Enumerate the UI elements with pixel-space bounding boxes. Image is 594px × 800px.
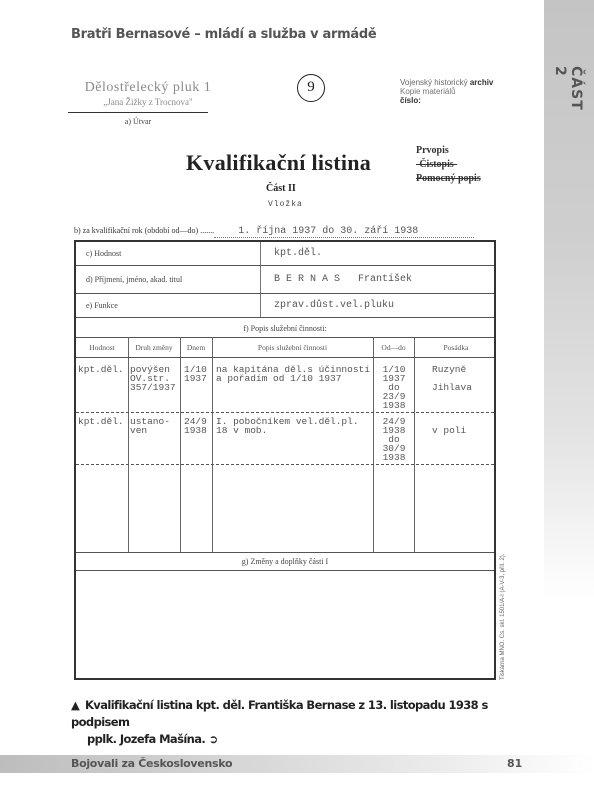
figure-caption: ▲Kvalifikační listina kpt. děl. Františk… bbox=[71, 697, 501, 748]
header-period: Od—do bbox=[373, 343, 414, 352]
unit-stamp-line2: „Jana Žižky z Trocnova" bbox=[68, 97, 228, 107]
header-description: Popis služební činnosti bbox=[212, 343, 373, 352]
unit-stamp: Dělostřelecký pluk 1 „Jana Žižky z Trocn… bbox=[68, 80, 228, 107]
field-rank: c) Hodnost kpt.děl. bbox=[76, 242, 494, 266]
triangle-up-icon: ▲ bbox=[71, 697, 85, 714]
copy-type-auxiliary: Pomocný popis bbox=[416, 172, 481, 186]
archive-line2: Kopie materiálů bbox=[400, 87, 493, 96]
section-f-title: f) Popis služební činnosti: bbox=[76, 324, 494, 333]
unit-underline bbox=[68, 112, 208, 113]
document-part: Část II bbox=[266, 183, 296, 194]
row2-description: I. pobočníkem vel.děl.pl. 18 v mob. bbox=[216, 417, 359, 435]
period-value: 1. října 1937 do 30. září 1938 bbox=[214, 226, 474, 238]
field-value: zprav.důst.vel.pluku bbox=[274, 300, 394, 311]
field-value: kpt.děl. bbox=[274, 248, 322, 259]
row2-change: ustano- ven bbox=[130, 417, 170, 435]
section-g-title: g) Změny a doplňky části I bbox=[76, 557, 494, 566]
row1-period: 1/10 1937 do 23/9 1938 bbox=[375, 365, 413, 410]
row1-description: na kapitána děl.s účinností a pořadím od… bbox=[216, 365, 370, 383]
row1-change: povýšen OV.str. 357/1937 bbox=[130, 365, 176, 392]
header-rank: Hodnost bbox=[76, 343, 128, 352]
row1-garrison: Ruzyně Jihlava bbox=[432, 365, 472, 392]
header-change: Druh změny bbox=[128, 343, 180, 352]
printer-note: Tiskárna MNO. Čs. skl. 1501/A-I (A-V-3, … bbox=[500, 500, 506, 680]
row1-date: 1/10 1937 bbox=[184, 365, 207, 383]
header-garrison: Posádka bbox=[414, 343, 498, 352]
part-label: ČÁST 2 bbox=[554, 66, 584, 126]
archive-stamp: Vojenský historický archiv Kopie materiá… bbox=[400, 78, 493, 105]
copy-type-original: Prvopis bbox=[416, 144, 481, 158]
caption-line1: Kvalifikační listina kpt. děl. Františka… bbox=[71, 698, 488, 729]
row2-date: 24/9 1938 bbox=[184, 417, 207, 435]
archive-line1-bold: archiv bbox=[470, 78, 494, 87]
archive-line3: číslo: bbox=[400, 96, 493, 105]
row1-rank: kpt.děl. bbox=[78, 365, 124, 374]
field-value: B E R N A S František bbox=[274, 274, 412, 285]
unit-label: a) Útvar bbox=[68, 117, 208, 126]
footer-title: Bojovali za Československo bbox=[71, 757, 232, 770]
archive-line1-prefix: Vojenský historický bbox=[400, 78, 470, 87]
copy-type: Prvopis -Čistopis- Pomocný popis bbox=[416, 144, 481, 186]
field-label: d) Příjmení, jméno, akad. titul bbox=[86, 275, 182, 284]
field-name: d) Příjmení, jméno, akad. titul B E R N … bbox=[76, 266, 494, 294]
field-label: c) Hodnost bbox=[86, 249, 121, 258]
field-function: e) Funkce zprav.důst.vel.pluku bbox=[76, 294, 494, 318]
header-date: Dnem bbox=[180, 343, 212, 352]
field-label: e) Funkce bbox=[86, 301, 118, 310]
copy-type-fair-copy: -Čistopis- bbox=[416, 158, 481, 172]
row2-rank: kpt.děl. bbox=[78, 417, 124, 426]
row2-garrison: v poli bbox=[432, 417, 466, 435]
circled-number: 9 bbox=[297, 74, 325, 102]
row2-period: 24/9 1938 do 30/9 1938 bbox=[375, 417, 413, 462]
form-table: c) Hodnost kpt.děl. d) Příjmení, jméno, … bbox=[74, 240, 496, 680]
document-insert: Vložka bbox=[268, 200, 303, 209]
period-row: b) za kvalifikační rok (období od—do) ..… bbox=[74, 226, 494, 238]
continue-arrow-icon: ➲ bbox=[209, 732, 218, 746]
service-table: Hodnost Druh změny Dnem Popis služební č… bbox=[76, 337, 494, 552]
page-number: 81 bbox=[507, 757, 522, 770]
unit-stamp-line1: Dělostřelecký pluk 1 bbox=[68, 80, 228, 96]
document-title: Kvalifikační listina bbox=[186, 150, 371, 176]
running-head: Bratři Bernasové – mládí a služba v armá… bbox=[71, 27, 376, 42]
qualification-document: Dělostřelecký pluk 1 „Jana Žižky z Trocn… bbox=[60, 60, 530, 690]
period-label: b) za kvalifikační rok (období od—do) ..… bbox=[74, 226, 214, 235]
caption-line2: pplk. Jozefa Mašína. bbox=[87, 732, 205, 746]
